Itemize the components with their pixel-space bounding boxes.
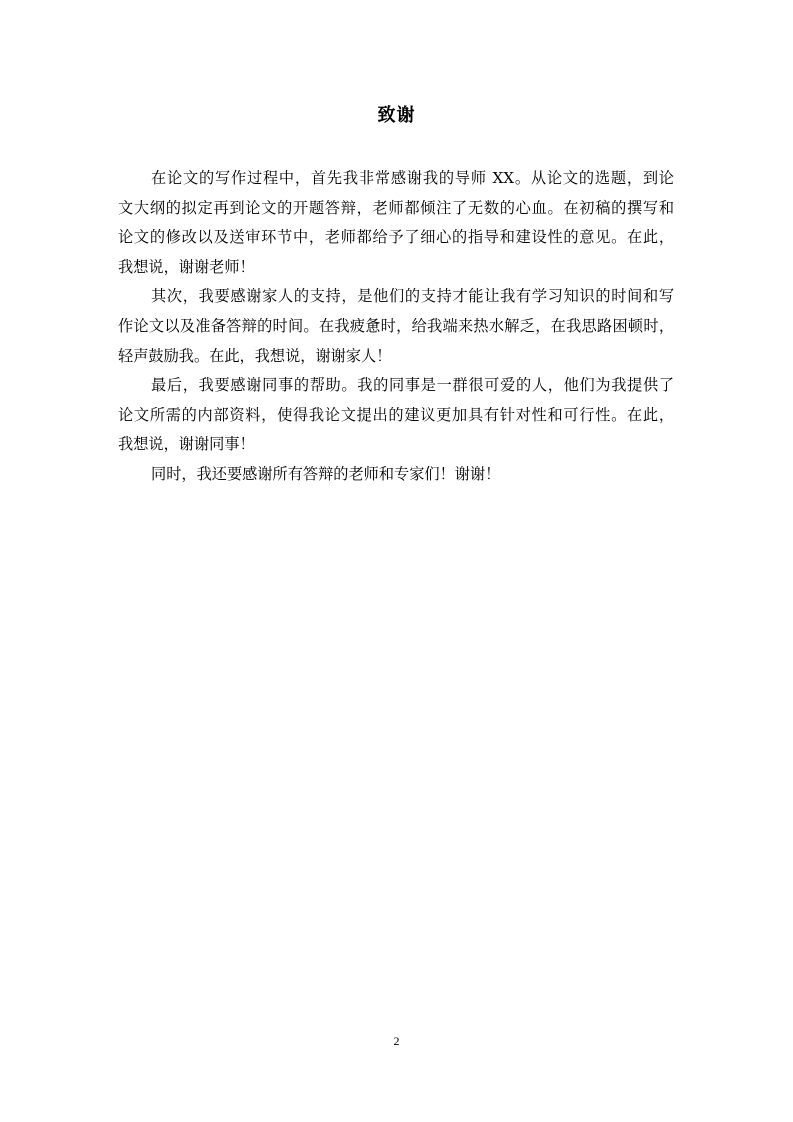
text-line: 文大纲的拟定再到论文的开题答辩，老师都倾注了无数的心血。在初稿的撰写和 — [118, 194, 674, 224]
text-line: 轻声鼓励我。在此，我想说，谢谢家人！ — [118, 342, 674, 372]
paragraph-colleagues: 最后，我要感谢同事的帮助。我的同事是一群很可爱的人，他们为我提供了 论文所需的内… — [118, 371, 674, 460]
text-line: 论文的修改以及送审环节中，老师都给予了细心的指导和建设性的意见。在此， — [118, 223, 674, 253]
text-line: 我想说，谢谢同事！ — [118, 430, 674, 460]
text-line: 在论文的写作过程中，首先我非常感谢我的导师 XX。从论文的选题，到论 — [118, 164, 674, 194]
text-line: 同时，我还要感谢所有答辩的老师和专家们！谢谢！ — [118, 460, 674, 490]
paragraph-committee: 同时，我还要感谢所有答辩的老师和专家们！谢谢！ — [118, 460, 674, 490]
text-line: 论文所需的内部资料，使得我论文提出的建议更加具有针对性和可行性。在此， — [118, 401, 674, 431]
paragraph-advisor: 在论文的写作过程中，首先我非常感谢我的导师 XX。从论文的选题，到论 文大纲的拟… — [118, 164, 674, 282]
text-line: 我想说，谢谢老师！ — [118, 253, 674, 283]
acknowledgement-body: 在论文的写作过程中，首先我非常感谢我的导师 XX。从论文的选题，到论 文大纲的拟… — [118, 164, 674, 490]
page-number: 2 — [0, 1034, 793, 1049]
text-line: 其次，我要感谢家人的支持，是他们的支持才能让我有学习知识的时间和写 — [118, 282, 674, 312]
page-title: 致谢 — [0, 104, 793, 128]
text-line: 最后，我要感谢同事的帮助。我的同事是一群很可爱的人，他们为我提供了 — [118, 371, 674, 401]
text-line: 作论文以及准备答辩的时间。在我疲惫时，给我端来热水解乏，在我思路困顿时， — [118, 312, 674, 342]
paragraph-family: 其次，我要感谢家人的支持，是他们的支持才能让我有学习知识的时间和写 作论文以及准… — [118, 282, 674, 371]
